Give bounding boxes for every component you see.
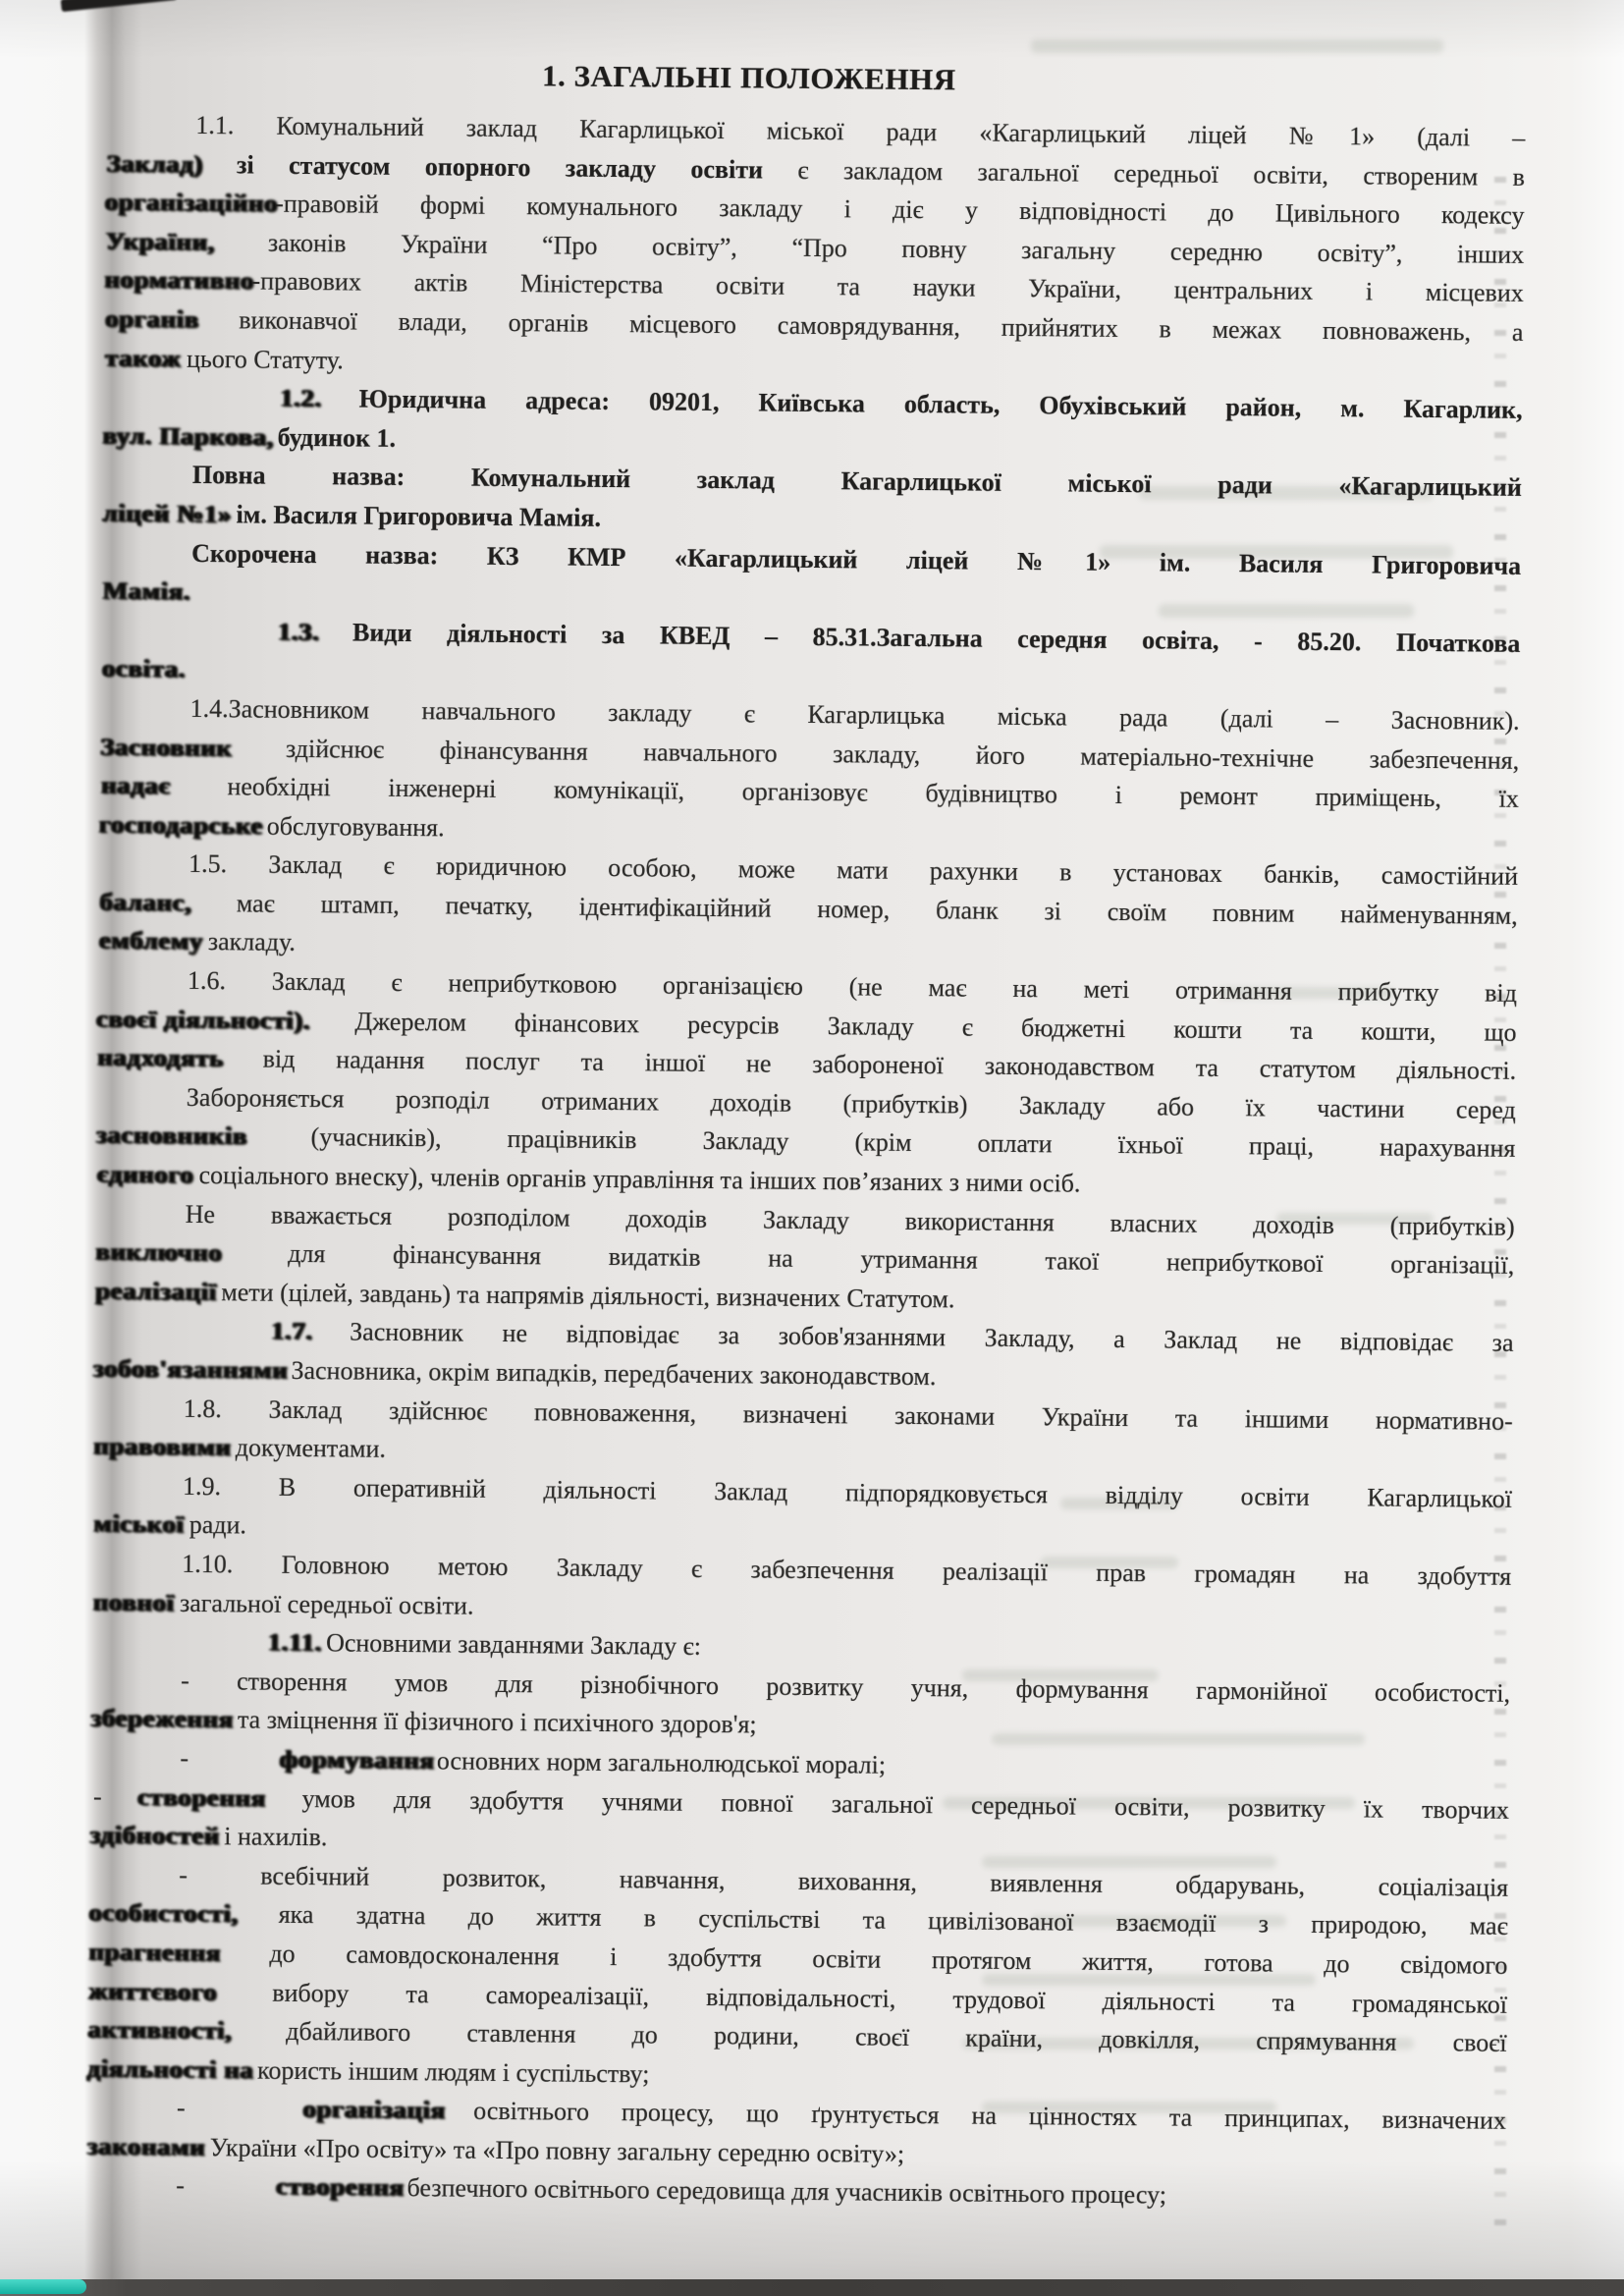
text-run: законами bbox=[87, 2127, 206, 2166]
text-run: цього Статуту. bbox=[180, 344, 344, 374]
text-run: створення bbox=[187, 2167, 406, 2208]
text-run: діяльності на bbox=[87, 2050, 255, 2089]
text-run: Скорочена назва: КЗ КМР «Кагарлицький лі… bbox=[191, 538, 1521, 579]
text-run: -правовій формі комунального закладу і д… bbox=[275, 190, 1525, 230]
text-run: особистості, bbox=[89, 1894, 240, 1934]
text-run: здібностей bbox=[90, 1817, 221, 1856]
page-title: 1. ЗАГАЛЬНІ ПОЛОЖЕННЯ bbox=[41, 53, 1457, 102]
text-run: Види діяльності за КВЕД – 85.31.Загальна… bbox=[317, 618, 1520, 658]
text-run: ім. Василя Григоровича Мамія. bbox=[230, 500, 601, 532]
text-run: повної bbox=[93, 1583, 175, 1621]
text-run: є закладом загальної середньої освіти, с… bbox=[763, 155, 1525, 191]
text-run: умов для здобуття учнями повної загально… bbox=[263, 1783, 1509, 1824]
text-run: зі статусом опорного закладу освіти bbox=[201, 150, 763, 184]
text-run: та зміцнення її фізичного і психічного з… bbox=[231, 1706, 756, 1739]
text-run: 1.9. В оперативній діяльності Заклад під… bbox=[183, 1472, 1512, 1513]
text-run: до самовдосконалення і здобуття освіти п… bbox=[219, 1939, 1508, 1980]
text-run: від надання послуг та іншої не заборонен… bbox=[222, 1044, 1517, 1085]
text-run: господарське bbox=[99, 805, 264, 845]
text-run: вул. Паркова, bbox=[103, 416, 275, 456]
text-run: правовими bbox=[93, 1428, 232, 1467]
scan-corner-artifact bbox=[61, 0, 178, 12]
text-run: необхідні інженерні комунікації, організ… bbox=[170, 772, 1519, 813]
text-run: - bbox=[93, 1782, 140, 1811]
text-run: 1.1. Комунальний заклад Кагарлицької міс… bbox=[195, 111, 1525, 152]
text-run: створення bbox=[137, 1778, 266, 1818]
text-run: будинок 1. bbox=[271, 422, 396, 452]
document-text: 1. ЗАГАЛЬНІ ПОЛОЖЕННЯ 1.1. Комунальний з… bbox=[89, 54, 1526, 2218]
text-run: єдиного bbox=[97, 1156, 195, 1194]
text-run: збереження bbox=[91, 1700, 235, 1739]
text-run: Джерелом фінансових ресурсів Закладу є б… bbox=[306, 1007, 1516, 1047]
text-run: 1.6. Заклад є неприбутковою організацією… bbox=[188, 966, 1517, 1008]
text-run: баланс, bbox=[100, 883, 193, 921]
text-run: дбайливого ставлення до родини, своєї кр… bbox=[230, 2016, 1507, 2056]
text-run: виконавчої влади, органів місцевого само… bbox=[197, 305, 1523, 347]
document-lines: 1.1. Комунальний заклад Кагарлицької міс… bbox=[89, 105, 1525, 2218]
text-run: 1.11. bbox=[178, 1623, 322, 1663]
text-run: органів bbox=[105, 301, 199, 339]
text-run: 1.4.Засновником навчального закладу є Ка… bbox=[190, 694, 1520, 736]
text-run: надає bbox=[101, 767, 171, 805]
text-run: і нахилів. bbox=[218, 1822, 328, 1851]
text-run: здійснює фінансування навчального заклад… bbox=[230, 734, 1519, 775]
text-run: Мамія. bbox=[103, 573, 191, 611]
scanner-bed-strip bbox=[0, 2279, 86, 2294]
text-run: має штамп, печатку, ідентифікаційний ном… bbox=[190, 889, 1518, 930]
text-run: реалізації bbox=[95, 1272, 217, 1311]
text-run: своєї діяльності). bbox=[96, 1000, 311, 1039]
text-run: активності, bbox=[88, 2011, 234, 2050]
text-run: яка здатна до життя в суспільстві та цив… bbox=[236, 1900, 1508, 1941]
text-run: безпечного освітнього середовища для уча… bbox=[401, 2173, 1166, 2209]
text-run: освітнього процесу, що ґрунтується на ці… bbox=[441, 2097, 1506, 2135]
text-run: ліцей №1» bbox=[103, 495, 233, 534]
text-run: користь іншим людям і суспільству; bbox=[250, 2055, 649, 2088]
text-run: освіта. bbox=[102, 650, 187, 688]
text-run: мети (цілей, завдань) та напрямів діяльн… bbox=[215, 1278, 955, 1313]
text-run: (учасників), працівників Закладу (крім о… bbox=[244, 1122, 1515, 1163]
text-run: емблему bbox=[99, 922, 204, 960]
text-run: життєвого bbox=[88, 1972, 218, 2011]
text-run: закладу. bbox=[201, 927, 296, 957]
text-run: організація bbox=[213, 2090, 447, 2130]
text-run: 1.7. bbox=[182, 1312, 314, 1351]
text-run: - bbox=[177, 2094, 218, 2122]
text-run: також bbox=[105, 339, 182, 377]
bleed-through-artifact bbox=[1031, 39, 1443, 53]
text-run: 1.3. bbox=[188, 612, 320, 651]
text-run: 1.2. bbox=[190, 379, 323, 418]
text-run: Засновника, окрім випадків, передбачених… bbox=[285, 1356, 937, 1391]
text-run: основних норм загальнолюдської моралі; bbox=[430, 1746, 886, 1778]
text-run: ради. bbox=[183, 1510, 246, 1540]
text-run: Заклад) bbox=[107, 144, 204, 183]
text-run: організаційно bbox=[105, 184, 279, 223]
text-run: Юридична адреса: 09201, Київська область… bbox=[320, 384, 1523, 424]
text-run: нормативно bbox=[105, 261, 255, 301]
scanner-bed-edge bbox=[0, 2279, 1624, 2296]
text-run: для фінансування видатків на утримання т… bbox=[220, 1238, 1514, 1280]
text-run: засновників bbox=[96, 1117, 248, 1156]
text-run: України «Про освіту» та «Про повну загал… bbox=[203, 2133, 904, 2168]
text-run: Засновник не відповідає за зобов'язанням… bbox=[310, 1318, 1513, 1358]
text-run: вибору та самореалізації, відповідальнос… bbox=[215, 1978, 1507, 2019]
text-run: загальної середньої освіти. bbox=[173, 1588, 473, 1619]
scanned-document-page: 1. ЗАГАЛЬНІ ПОЛОЖЕННЯ 1.1. Комунальний з… bbox=[0, 0, 1624, 2296]
text-run: соціального внеску), членів органів упра… bbox=[192, 1161, 1081, 1198]
text-run: -правових актів Міністерства освіти та н… bbox=[251, 267, 1524, 307]
text-run: формування bbox=[189, 1739, 435, 1779]
text-run: документами. bbox=[229, 1433, 386, 1463]
text-run: надходять bbox=[97, 1039, 224, 1078]
text-run: зобов'язаннями bbox=[93, 1350, 289, 1390]
text-run: обслуговування. bbox=[260, 811, 445, 842]
text-run: Основними завданнями Закладу є: bbox=[319, 1628, 701, 1661]
text-run: виключно bbox=[95, 1233, 223, 1273]
text-run: міської bbox=[94, 1505, 186, 1544]
text-run: прагнення bbox=[89, 1933, 222, 1972]
text-run: України, bbox=[106, 222, 216, 260]
text-run: 1.10. Головною метою Закладу є забезпече… bbox=[182, 1550, 1511, 1591]
text-run: Засновник bbox=[100, 728, 233, 767]
